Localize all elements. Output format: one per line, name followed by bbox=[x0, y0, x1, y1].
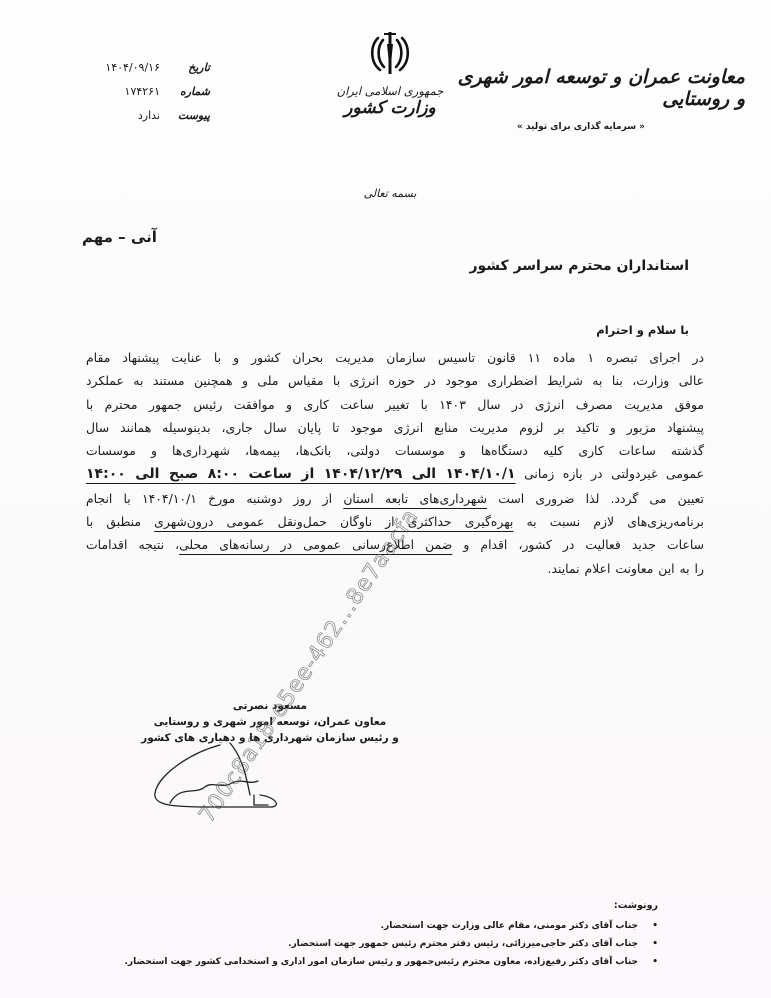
text-run: تعیین می گردد. لذا ضروری است bbox=[487, 491, 704, 506]
meta-date: تاریخ ۱۴۰۴/۰۹/۱۶ bbox=[60, 55, 210, 79]
meta-attachment: پیوست ندارد bbox=[60, 103, 210, 127]
body-line: ساعات جدید فعالیت در کشور، اقدام و ضمن ا… bbox=[86, 533, 704, 556]
body-line: موفق مدیریت مصرف انرژی در سال ۱۴۰۳ با تغ… bbox=[86, 393, 704, 416]
meta-number-label: شماره bbox=[172, 85, 210, 98]
body-line-schedule: عمومی غیردولتی در بازه زمانی ۱۴۰۴/۱۰/۱ ا… bbox=[86, 462, 704, 486]
meta-attachment-label: پیوست bbox=[172, 109, 210, 122]
urgency-label: آنی – مهم bbox=[82, 228, 157, 246]
body-line: تعیین می گردد. لذا ضروری است شهرداری‌های… bbox=[86, 487, 704, 510]
cc-section: رونوشت: •جناب آقای دکتر مومنی، مقام عالی… bbox=[98, 900, 658, 971]
text-run: ، نتیجه اقدامات bbox=[86, 537, 179, 552]
body-line: در اجرای تبصره ۱ ماده ۱۱ قانون تاسیس ساز… bbox=[86, 346, 704, 369]
organization-title: معاونت عمران و توسعه امور شهری و روستایی bbox=[445, 66, 745, 110]
addressee: استانداران محترم سراسر کشور bbox=[469, 258, 689, 274]
bullet-icon: • bbox=[652, 953, 658, 971]
underlined-run: شهرداری‌های تابعه استان bbox=[343, 491, 487, 506]
body-line: پیشنهاد مزبور و تاکید بر لزوم مدیریت منا… bbox=[86, 416, 704, 439]
cc-item: •جناب آقای دکتر رفیع‌زاده، معاون محترم ر… bbox=[98, 953, 658, 971]
letter-page: معاونت عمران و توسعه امور شهری و روستایی… bbox=[0, 0, 771, 998]
iran-emblem-icon bbox=[366, 28, 414, 78]
signatory-name: مسعود نصرتی bbox=[140, 700, 400, 712]
letter-meta: تاریخ ۱۴۰۴/۰۹/۱۶ شماره ۱۷۴۲۶۱ پیوست ندار… bbox=[60, 55, 210, 127]
emblem-ministry-name: وزارت کشور bbox=[330, 98, 450, 118]
meta-date-value: ۱۴۰۴/۰۹/۱۶ bbox=[105, 61, 172, 74]
text-run: از روز دوشنبه مورخ ۱۴۰۴/۱۰/۱ با انجام bbox=[86, 491, 343, 506]
text-run: برنامه‌ریزی‌های لازم نسبت به bbox=[513, 514, 704, 529]
cc-item: •جناب آقای دکتر مومنی، مقام عالی وزارت ج… bbox=[98, 917, 658, 935]
letter-body: در اجرای تبصره ۱ ماده ۱۱ قانون تاسیس ساز… bbox=[86, 346, 704, 580]
body-line: عالی وزارت، بنا به شرایط اضطراری موجود د… bbox=[86, 369, 704, 392]
text-run: منطبق با bbox=[86, 514, 154, 529]
cc-item: •جناب آقای دکتر حاجی‌میرزائی، رئیس دفتر … bbox=[98, 935, 658, 953]
body-line: را به این معاونت اعلام نمایند. bbox=[86, 557, 704, 580]
bullet-icon: • bbox=[652, 935, 658, 953]
greeting: با سلام و احترام bbox=[596, 323, 689, 337]
emblem-block: جمهوری اسلامی ایران وزارت کشور bbox=[330, 28, 450, 118]
cc-item-text: جناب آقای دکتر مومنی، مقام عالی وزارت جه… bbox=[381, 921, 638, 931]
meta-number-value: ۱۷۴۲۶۱ bbox=[125, 85, 172, 98]
text-run: ساعات جدید فعالیت در کشور، اقدام و bbox=[452, 537, 704, 552]
meta-attachment-value: ندارد bbox=[138, 109, 172, 122]
cc-item-text: جناب آقای دکتر رفیع‌زاده، معاون محترم رئ… bbox=[125, 957, 639, 967]
cc-label: رونوشت: bbox=[98, 900, 658, 911]
signatory-title: معاون عمران، توسعه امور شهری و روستایی bbox=[140, 716, 400, 728]
cc-list: •جناب آقای دکتر مومنی، مقام عالی وزارت ج… bbox=[98, 917, 658, 971]
schedule-emphasis: ۱۴۰۴/۱۰/۱ الی ۱۴۰۴/۱۲/۲۹ از ساعت ۸:۰۰ صب… bbox=[86, 466, 516, 482]
handwritten-signature-icon bbox=[150, 735, 300, 835]
bismillah: بسمه تعالی bbox=[330, 187, 450, 200]
organization-slogan: « سرمایه گذاری برای تولید » bbox=[445, 122, 645, 132]
meta-date-label: تاریخ bbox=[172, 61, 210, 74]
schedule-prefix: عمومی غیردولتی در بازه زمانی bbox=[524, 466, 704, 481]
body-line: گذشته ساعات کاری کلیه دستگاه‌ها و موسسات… bbox=[86, 439, 704, 462]
meta-number: شماره ۱۷۴۲۶۱ bbox=[60, 79, 210, 103]
body-line: برنامه‌ریزی‌های لازم نسبت به بهره‌گیری ح… bbox=[86, 510, 704, 533]
bullet-icon: • bbox=[652, 917, 658, 935]
cc-item-text: جناب آقای دکتر حاجی‌میرزائی، رئیس دفتر م… bbox=[288, 939, 638, 949]
underlined-run: بهره‌گیری حداکثری از ناوگان حمل‌ونقل عمو… bbox=[154, 514, 513, 529]
underlined-run: ضمن اطلاع‌رسانی عمومی در رسانه‌های محلی bbox=[179, 537, 452, 552]
emblem-country-name: جمهوری اسلامی ایران bbox=[330, 84, 450, 98]
